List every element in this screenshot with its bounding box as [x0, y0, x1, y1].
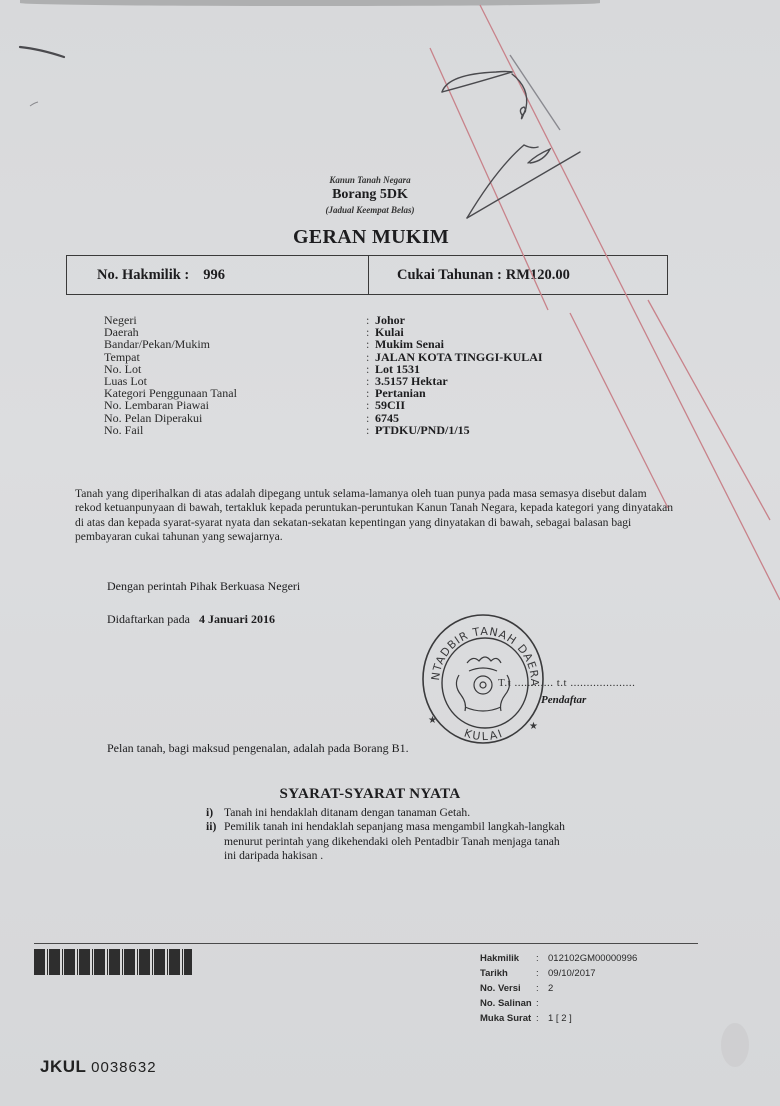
conditions-list: i) Tanah ini hendaklah ditanam dengan ta… [206, 806, 566, 864]
colon: : [366, 424, 375, 436]
registration-label: Didaftarkan pada [107, 612, 190, 626]
condition-item: i) Tanah ini hendaklah ditanam dengan ta… [206, 806, 566, 820]
hakmilik-value: 996 [203, 267, 225, 284]
svg-text:KULAI: KULAI [462, 726, 505, 743]
barcode-icon [34, 949, 192, 975]
meta-separator: : [536, 1011, 548, 1026]
cukai-cell: Cukai Tahunan : RM120.00 [369, 256, 667, 294]
detail-value: Mukim Senai [375, 338, 444, 350]
hakmilik-label: No. Hakmilik : [97, 267, 189, 284]
paper-smudge [721, 1023, 749, 1067]
detail-row: No. Fail:PTDKU/PND/1/15 [104, 424, 543, 436]
detail-value: PTDKU/PND/1/15 [375, 424, 470, 436]
statute-name: Kanun Tanah Negara [0, 175, 740, 185]
meta-value: 012102GM00000996 [548, 951, 637, 966]
meta-separator: : [536, 996, 548, 1011]
plan-note: Pelan tanah, bagi maksud pengenalan, ada… [107, 741, 409, 756]
meta-key: Muka Surat [480, 1011, 536, 1026]
coat-of-arms-icon [456, 657, 509, 711]
detail-row: Bandar/Pekan/Mukim:Mukim Senai [104, 338, 543, 350]
detail-label: Negeri [104, 314, 366, 326]
cukai-value: RM120.00 [506, 267, 570, 284]
colon: : [366, 412, 375, 424]
meta-key: Hakmilik [480, 951, 536, 966]
meta-row: No. Salinan: [480, 996, 637, 1011]
condition-number: ii) [206, 820, 224, 863]
registrar-label: Pendaftar [541, 694, 586, 706]
conditions-title: SYARAT-SYARAT NYATA [0, 786, 740, 803]
serial-prefix: JKUL [40, 1057, 86, 1076]
footer-divider [34, 943, 698, 944]
serial-number: JKUL 0038632 [40, 1057, 157, 1077]
seal-bottom-text: KULAI [462, 726, 505, 743]
meta-row: Tarikh:09/10/2017 [480, 966, 637, 981]
detail-label: No. Lembaran Piawai [104, 399, 366, 411]
detail-value: 59CII [375, 399, 405, 411]
form-number: Borang 5DK [0, 187, 740, 203]
seal-top-text: PENTADBIR TANAH DAERAH [419, 611, 541, 687]
meta-separator: : [536, 981, 548, 996]
meta-key: No. Salinan [480, 996, 536, 1011]
meta-value: 2 [548, 981, 553, 996]
land-details: Negeri:Johor Daerah:Kulai Bandar/Pekan/M… [104, 314, 543, 436]
serial-digits: 0038632 [91, 1059, 156, 1076]
schedule-name: (Jadual Keempat Belas) [0, 205, 740, 215]
registration-date: Didaftarkan pada 4 Januari 2016 [107, 612, 275, 627]
colon: : [366, 399, 375, 411]
meta-row: Hakmilik:012102GM00000996 [480, 951, 637, 966]
seal-star-icon: ★ [428, 715, 437, 726]
detail-value: JALAN KOTA TINGGI-KULAI [375, 351, 543, 363]
official-seal-stamp: PENTADBIR TANAH DAERAH KULAI ★ ★ [419, 611, 547, 747]
meta-key: Tarikh [480, 966, 536, 981]
condition-text: Pemilik tanah ini hendaklah sepanjang ma… [224, 820, 566, 863]
detail-row: No. Pelan Diperakui:6745 [104, 412, 543, 424]
colon: : [366, 351, 375, 363]
footer-metadata: Hakmilik:012102GM00000996 Tarikh:09/10/2… [480, 951, 637, 1026]
cukai-label: Cukai Tahunan : [397, 267, 502, 284]
authority-statement: Dengan perintah Pihak Berkuasa Negeri [107, 579, 300, 594]
detail-label: No. Pelan Diperakui [104, 412, 366, 424]
meta-separator: : [536, 951, 548, 966]
document-title: GERAN MUKIM [0, 226, 742, 249]
condition-item: ii) Pemilik tanah ini hendaklah sepanjan… [206, 820, 566, 863]
meta-separator: : [536, 966, 548, 981]
detail-row: No. Lembaran Piawai:59CII [104, 399, 543, 411]
ink-scribble-mark [20, 47, 64, 57]
ink-dot-mark [30, 102, 38, 106]
seal-star-icon: ★ [529, 721, 538, 732]
meta-row: Muka Surat:1 [ 2 ] [480, 1011, 637, 1026]
meta-value: 09/10/2017 [548, 966, 596, 981]
meta-row: No. Versi:2 [480, 981, 637, 996]
meta-key: No. Versi [480, 981, 536, 996]
pencil-line [510, 55, 560, 130]
condition-text: Tanah ini hendaklah ditanam dengan tanam… [224, 806, 566, 820]
registration-date-value: 4 Januari 2016 [199, 612, 275, 626]
detail-label: Bandar/Pekan/Mukim [104, 338, 366, 350]
colon: : [366, 338, 375, 350]
detail-row: Tempat:JALAN KOTA TINGGI-KULAI [104, 351, 543, 363]
title-info-box: No. Hakmilik : 996 Cukai Tahunan : RM120… [66, 255, 668, 295]
svg-text:PENTADBIR TANAH DAERAH: PENTADBIR TANAH DAERAH [419, 611, 541, 687]
detail-value: 6745 [375, 412, 399, 424]
detail-row: No. Lot:Lot 1531 [104, 363, 543, 375]
tenure-paragraph: Tanah yang diperihalkan di atas adalah d… [75, 487, 675, 544]
detail-label: No. Fail [104, 424, 366, 436]
detail-row: Negeri:Johor [104, 314, 543, 326]
detail-label: Tempat [104, 351, 366, 363]
page-top-edge-shadow [20, 0, 600, 6]
pen-marks-overlay [0, 0, 780, 1106]
condition-number: i) [206, 806, 224, 820]
hakmilik-cell: No. Hakmilik : 996 [67, 256, 369, 294]
meta-value: 1 [ 2 ] [548, 1011, 572, 1026]
